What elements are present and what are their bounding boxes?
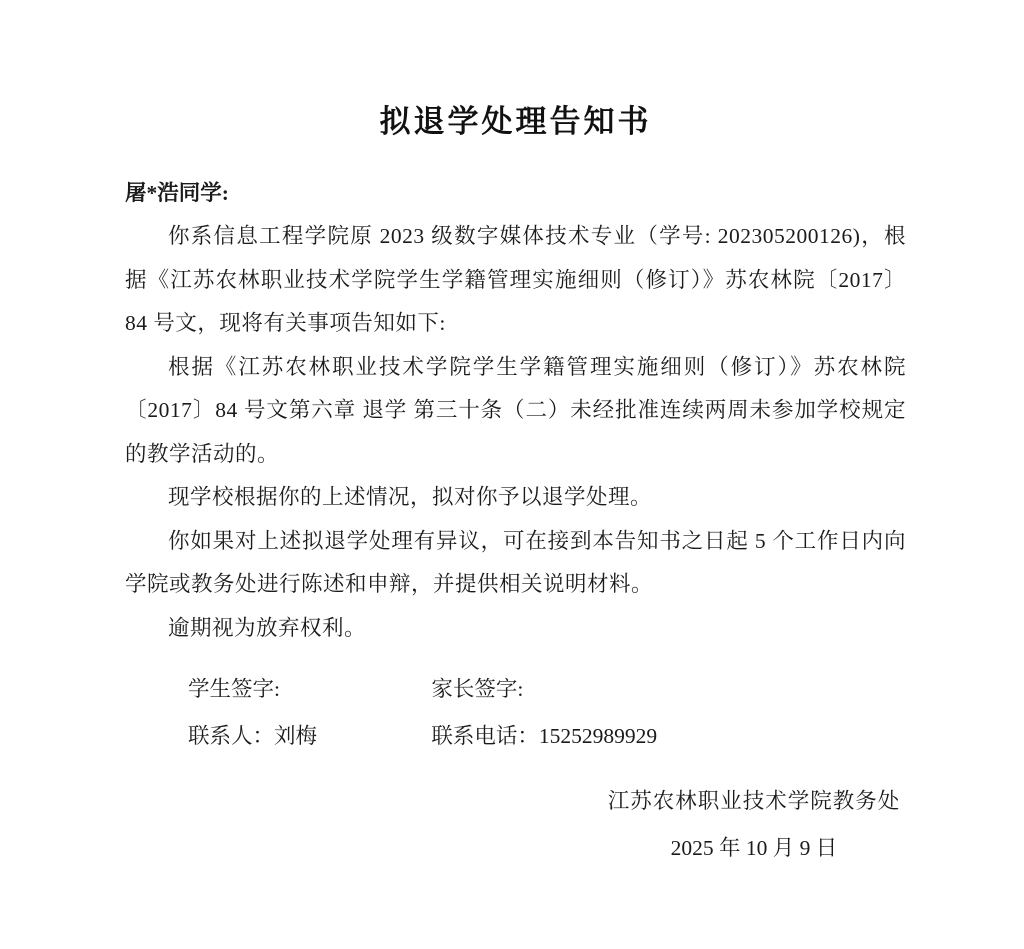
contact-phone-number: 15252989929 (539, 724, 657, 748)
document-content: 拟退学处理告知书 屠*浩同学: 你系信息工程学院原 2023 级数字媒体技术专业… (0, 96, 1024, 760)
contact-person-label: 联系人： (188, 724, 274, 748)
paragraph-deadline: 逾期视为放弃权利。 (125, 607, 906, 651)
paragraph-decision: 现学校根据你的上述情况，拟对你予以退学处理。 (125, 476, 906, 520)
paragraph-appeal: 你如果对上述拟退学处理有异议，可在接到本告知书之日起 5 个工作日内向学院或教务… (125, 520, 906, 607)
parent-signature-label: 家长签字: (431, 677, 523, 701)
contact-phone: 联系电话：15252989929 (431, 724, 657, 748)
notice-title: 拟退学处理告知书 (125, 96, 906, 141)
contact-row: 联系人：刘梅 联系电话：15252989929 (188, 713, 906, 760)
signature-section: 学生签字: 家长签字: 联系人：刘梅 联系电话：15252989929 (188, 666, 906, 760)
paragraph-regulation: 根据《江苏农林职业技术学院学生学籍管理实施细则（修订）》苏农林院〔2017〕84… (125, 346, 906, 477)
document-page: 拟退学处理告知书 屠*浩同学: 你系信息工程学院原 2023 级数字媒体技术专业… (0, 0, 1024, 949)
issuer-name: 江苏农林职业技术学院教务处 (544, 778, 964, 825)
salutation: 屠*浩同学: (125, 171, 906, 215)
signature-row: 学生签字: 家长签字: (188, 666, 906, 713)
contact-person-name: 刘梅 (274, 724, 317, 748)
document-footer: 江苏农林职业技术学院教务处 2025 年 10 月 9 日 (544, 778, 964, 872)
paragraph-basis: 你系信息工程学院原 2023 级数字媒体技术专业（学号: 20230520012… (125, 215, 906, 346)
issue-date: 2025 年 10 月 9 日 (544, 825, 964, 872)
contact-phone-label: 联系电话： (431, 724, 539, 748)
student-signature-label: 学生签字: (188, 666, 426, 713)
contact-person: 联系人：刘梅 (188, 713, 426, 760)
